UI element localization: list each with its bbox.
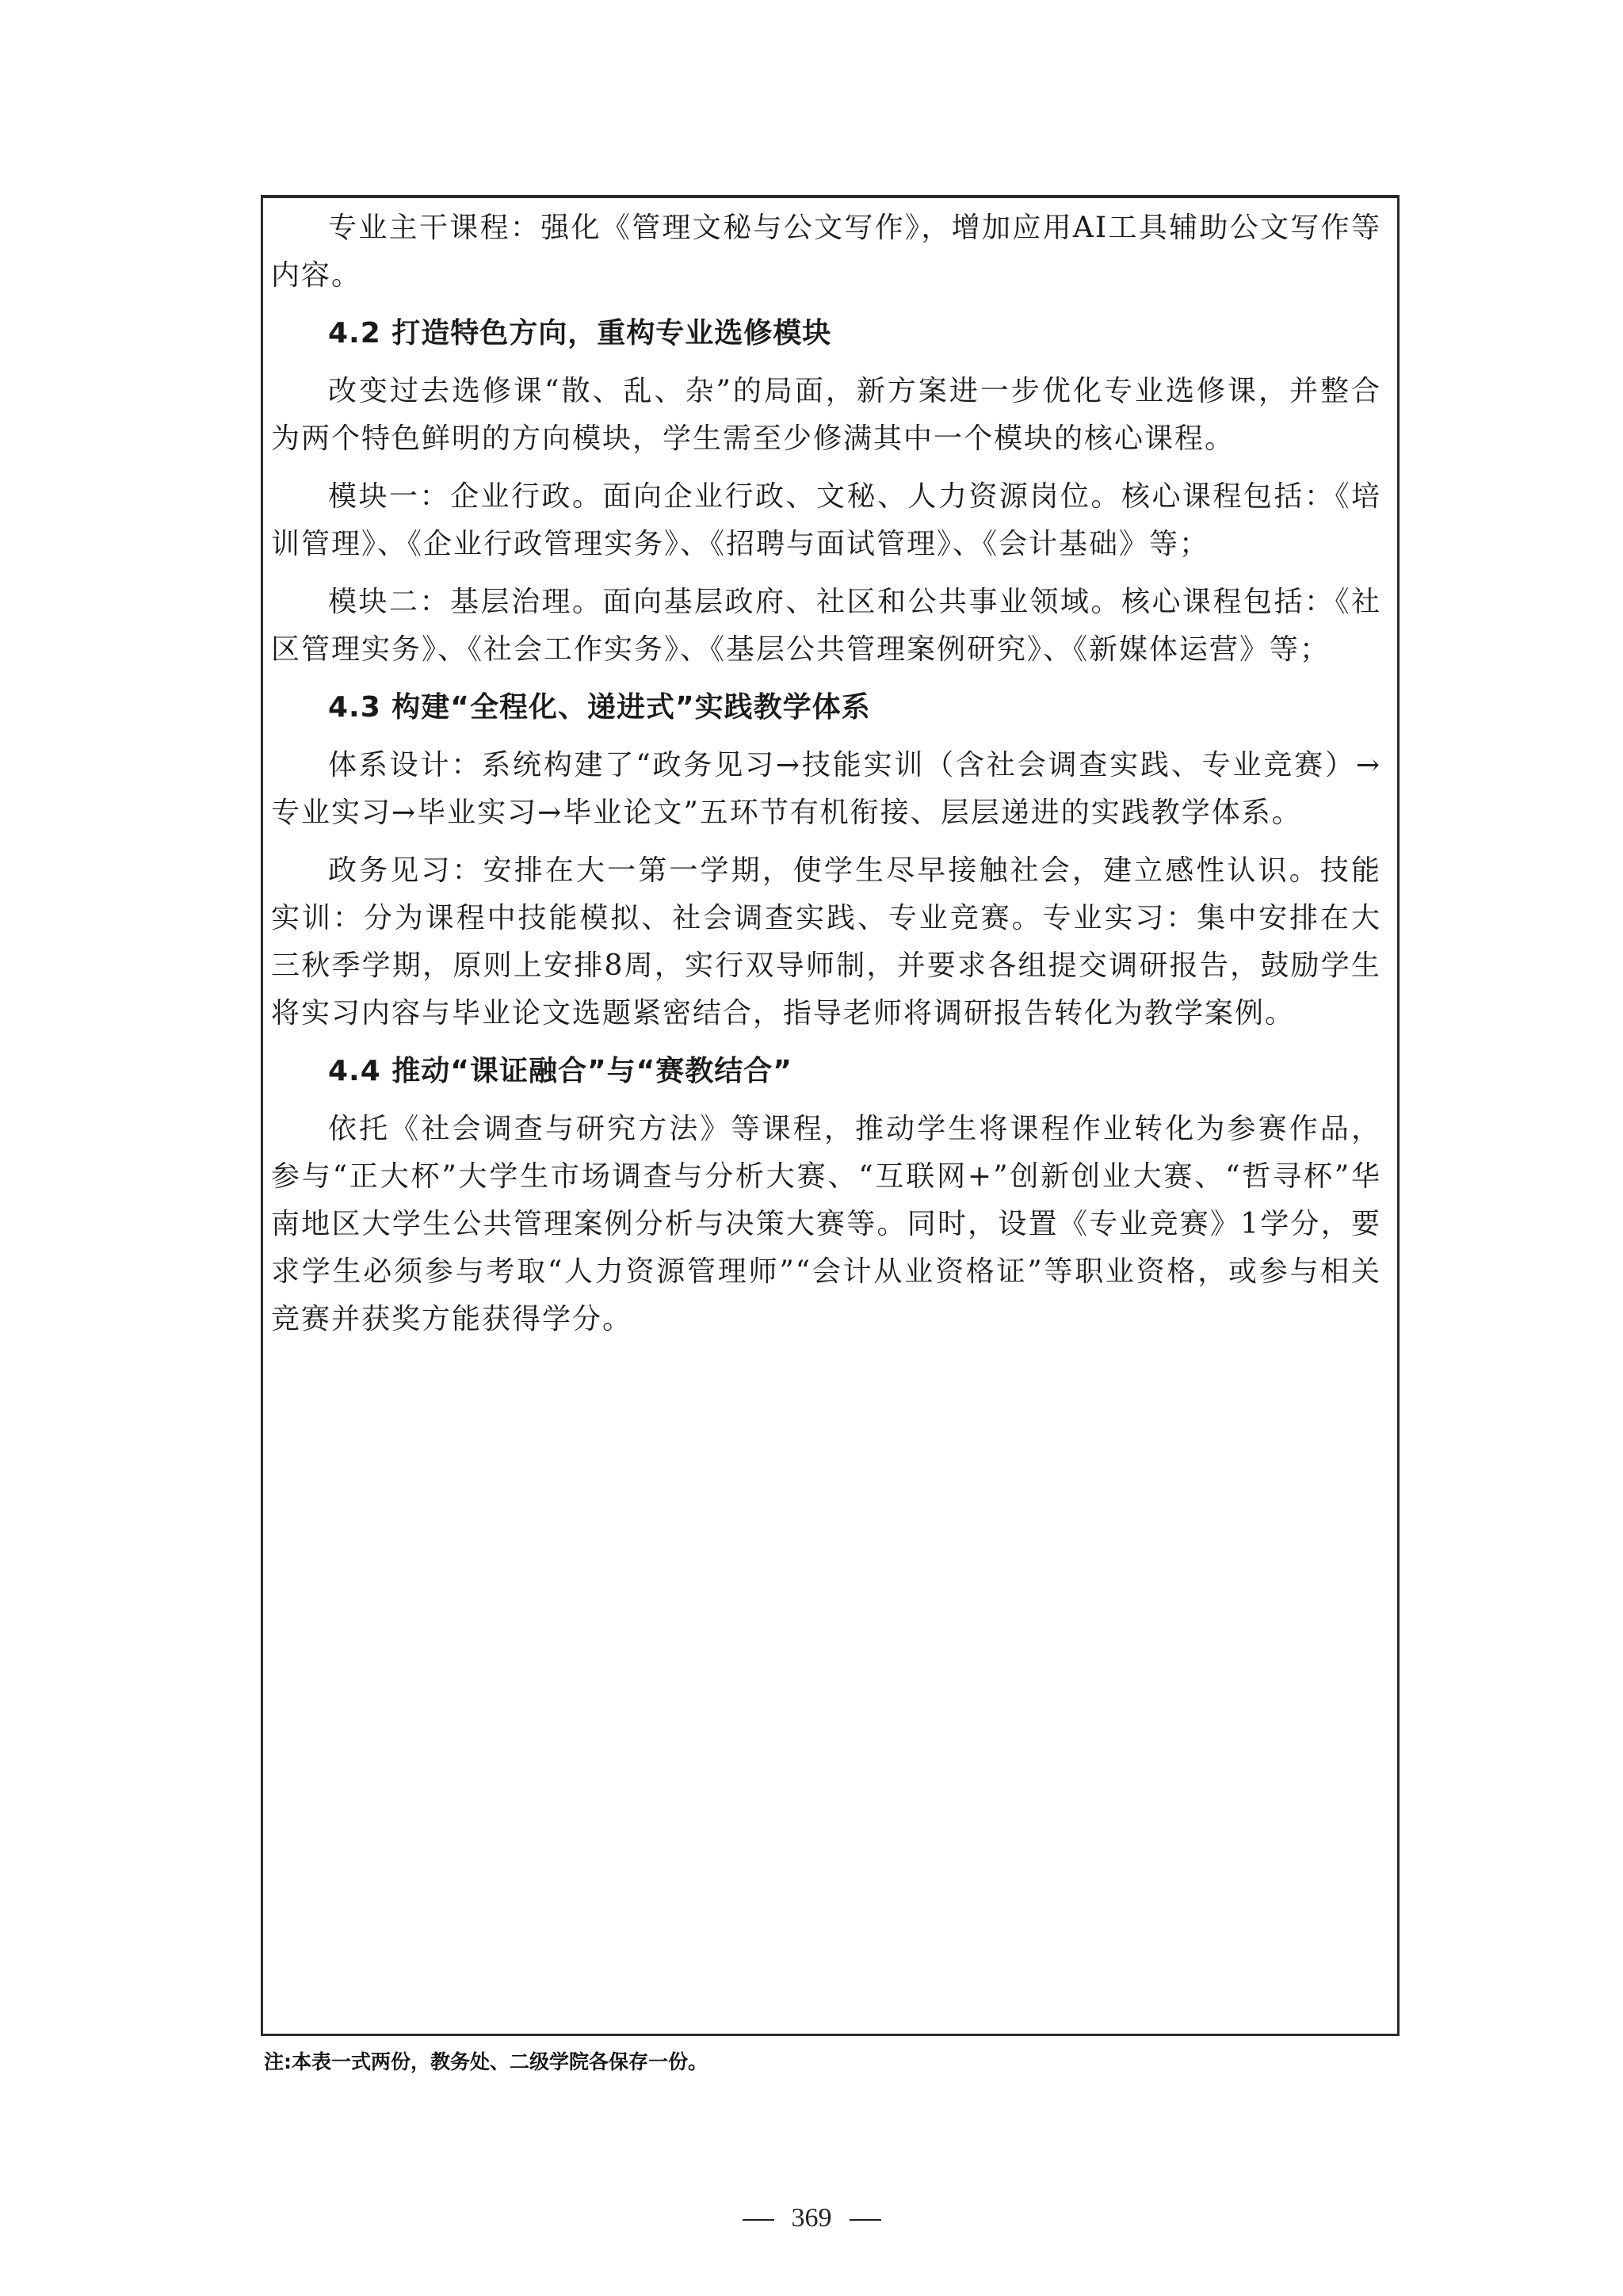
heading-4-3: 4.3 构建“全程化、递进式”实践教学体系: [271, 684, 1381, 732]
heading-4-4: 4.4 推动“课证融合”与“赛教结合”: [271, 1048, 1381, 1095]
paragraph-practice-stages: 政务见习：安排在大一第一学期，使学生尽早接触社会，建立感性认识。技能实训：分为课…: [271, 847, 1381, 1037]
page-number: 369: [792, 2203, 832, 2233]
paragraph-module-one: 模块一：企业行政。面向企业行政、文秘、人力资源岗位。核心课程包括：《培训管理》、…: [271, 473, 1381, 568]
dash-left: [743, 2219, 774, 2221]
paragraph-electives: 改变过去选修课“散、乱、杂”的局面，新方案进一步优化专业选修课，并整合为两个特色…: [271, 368, 1381, 463]
form-table-cell: 专业主干课程：强化《管理文秘与公文写作》，增加应用AI工具辅助公文写作等内容。 …: [261, 195, 1400, 2036]
paragraph-module-two: 模块二：基层治理。面向基层政府、社区和公共事业领域。核心课程包括：《社区管理实务…: [271, 579, 1381, 674]
footnote: 注:本表一式两份，教务处、二级学院各保存一份。: [264, 2046, 708, 2075]
paragraph-competitions: 依托《社会调查与研究方法》等课程，推动学生将课程作业转化为参赛作品，参与“正大杯…: [271, 1106, 1381, 1343]
paragraph-system-design: 体系设计：系统构建了“政务见习→技能实训（含社会调查实践、专业竞赛）→专业实习→…: [271, 742, 1381, 837]
paragraph-core-courses: 专业主干课程：强化《管理文秘与公文写作》，增加应用AI工具辅助公文写作等内容。: [271, 204, 1381, 300]
page-number-footer: 369: [0, 2203, 1623, 2233]
document-content: 专业主干课程：强化《管理文秘与公文写作》，增加应用AI工具辅助公文写作等内容。 …: [271, 204, 1381, 1354]
heading-4-2: 4.2 打造特色方向，重构专业选修模块: [271, 310, 1381, 357]
dash-right: [850, 2219, 881, 2221]
